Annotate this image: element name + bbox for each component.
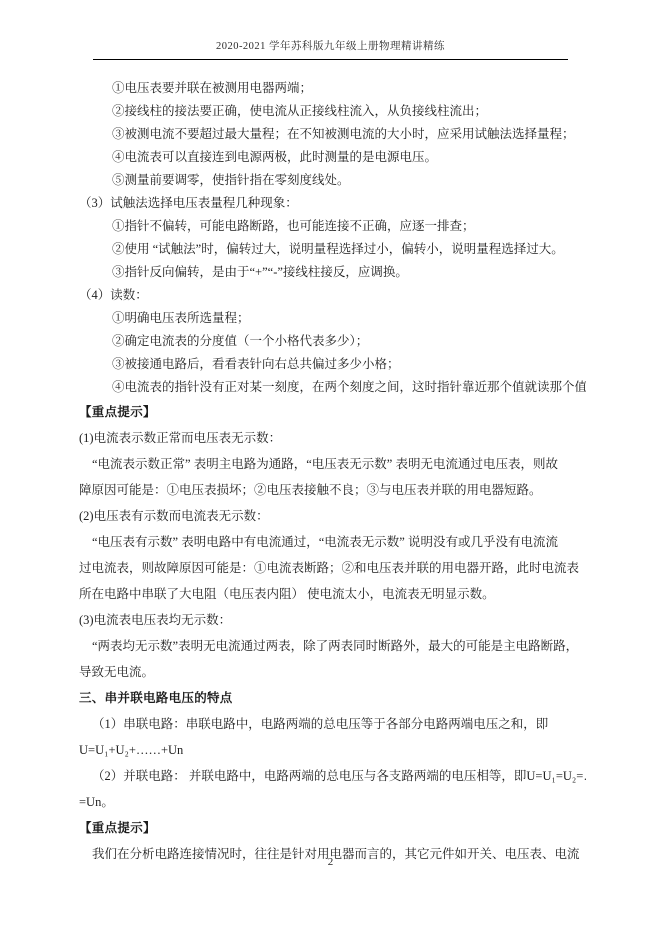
- text-line: =Un。: [79, 789, 586, 815]
- page-header: 2020-2021 学年苏科版九年级上册物理精讲精练: [0, 0, 661, 60]
- text-line: “电流表示数正常” 表明主电路为通路，“电压表无示数” 表明无电流通过电压表，则…: [79, 451, 586, 477]
- document-body: ①电压表要并联在被测用电器两端；②接线柱的接法要正确，使电流从正接线柱流入，从负…: [0, 60, 661, 867]
- text-line: （4）读数：: [79, 284, 586, 307]
- text-line: 所在电路中串联了大电阻（电压表内阻） 使电流太小，电流表无明显示数。: [79, 581, 586, 607]
- page-footer: 2: [0, 852, 661, 870]
- document-page: 2020-2021 学年苏科版九年级上册物理精讲精练 ①电压表要并联在被测用电器…: [0, 0, 661, 935]
- text-line: 障原因可能是：①电压表损坏；②电压表接触不良；③与电压表并联的用电器短路。: [79, 477, 586, 503]
- text-line: 三、串并联电路电压的特点: [79, 685, 586, 711]
- text-line: ⑤测量前要调零，使指针指在零刻度线处。: [79, 169, 586, 192]
- section-key-points: 【重点提示】(1)电流表示数正常而电压表无示数：“电流表示数正常” 表明主电路为…: [79, 399, 586, 867]
- text-line: ④电流表可以直接连到电源两极，此时测量的是电源电压。: [79, 146, 586, 169]
- text-line: (3)电流表电压表均无示数：: [79, 607, 586, 633]
- text-line: （3）试触法选择电压表量程几种现象：: [79, 192, 586, 215]
- text-line: ③指针反向偏转，是由于“+”“-”接线柱接反，应调换。: [79, 261, 586, 284]
- text-line: “两表均无示数”表明无电流通过两表，除了两表同时断路外，最大的可能是主电路断路，: [79, 633, 586, 659]
- text-line: 导致无电流。: [79, 659, 586, 685]
- text-line: ④电流表的指针没有正对某一刻度，在两个刻度之间，这时指针靠近那个值就读那个值。: [79, 376, 586, 399]
- text-line: ①明确电压表所选量程；: [79, 307, 586, 330]
- text-line: （1）串联电路：串联电路中，电路两端的总电压等于各部分电路两端电压之和，即: [79, 711, 586, 737]
- text-line: (2)电压表有示数而电流表无示数：: [79, 503, 586, 529]
- text-line: （2）并联电路： 并联电路中，电路两端的总电压与各支路两端的电压相等，即U=U₁…: [79, 763, 586, 789]
- section-voltmeter-usage: ①电压表要并联在被测用电器两端；②接线柱的接法要正确，使电流从正接线柱流入，从负…: [79, 77, 586, 399]
- text-line: 【重点提示】: [79, 399, 586, 425]
- text-line: ③被测电流不要超过最大量程；在不知被测电流的大小时，应采用试触法选择量程；: [79, 123, 586, 146]
- text-line: ②接线柱的接法要正确，使电流从正接线柱流入，从负接线柱流出；: [79, 100, 586, 123]
- text-line: ②使用 “试触法”时，偏转过大，说明量程选择过小，偏转小，说明量程选择过大。: [79, 238, 586, 261]
- text-line: 过电流表，则故障原因可能是：①电流表断路；②和电压表并联的用电器开路，此时电流表: [79, 555, 586, 581]
- text-line: “电压表有示数” 表明电路中有电流通过，“电流表无示数” 说明没有或几乎没有电流…: [79, 529, 586, 555]
- text-line: U=U₁+U₂+……+Un: [79, 737, 586, 763]
- text-line: ①指针不偏转，可能电路断路，也可能连接不正确，应逐一排查；: [79, 215, 586, 238]
- page-number: 2: [328, 856, 334, 868]
- text-line: (1)电流表示数正常而电压表无示数：: [79, 425, 586, 451]
- text-line: ②确定电流表的分度值（一个小格代表多少）；: [79, 330, 586, 353]
- text-line: ③被接通电路后，看看表针向右总共偏过多少小格；: [79, 353, 586, 376]
- text-line: ①电压表要并联在被测用电器两端；: [79, 77, 586, 100]
- header-title: 2020-2021 学年苏科版九年级上册物理精讲精练: [0, 38, 661, 53]
- text-line: 【重点提示】: [79, 815, 586, 841]
